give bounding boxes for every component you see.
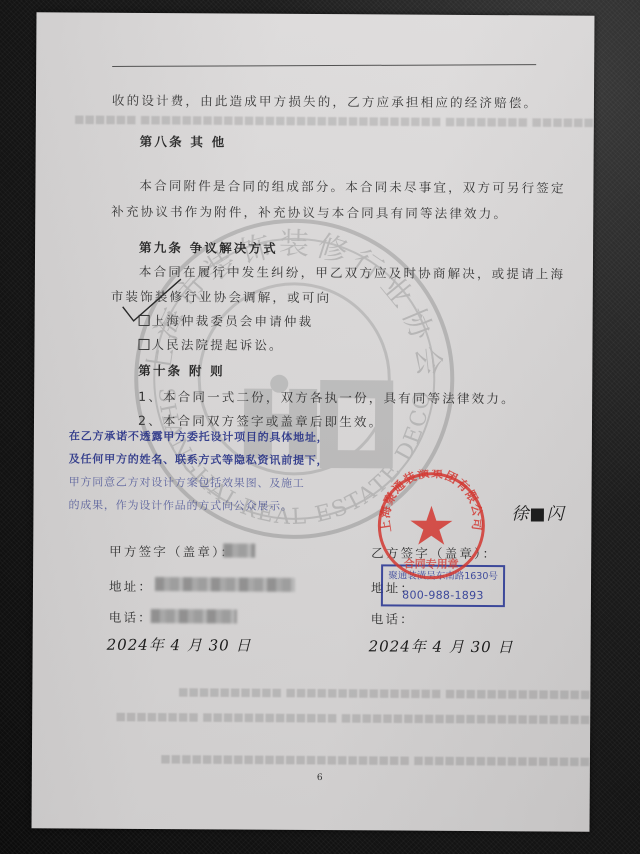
option-lawsuit-label: 人民法院提起诉讼。: [151, 337, 283, 353]
party-a-signature-redacted: [223, 543, 255, 557]
party-b-phone-stamp: 800-988-1893: [383, 588, 503, 602]
article10-heading: 第十条 附 则: [138, 361, 225, 380]
privacy-clause-line-1: 在乙方承诺不透露甲方委托设计项目的具体地址，: [69, 425, 329, 450]
page-number: 6: [317, 773, 323, 783]
party-a-signature-label: 甲方签字（盖章）：: [109, 542, 235, 561]
handwritten-checkmark-icon: [119, 275, 189, 325]
bleed-through-text: ■■■■■■■■■■■■■■■■■■■■■■■■ ■■■■■■■■■■■■■ ■…: [32, 709, 590, 722]
article10-item-1: 1、本合同一式二份，双方各执一份，具有同等法律效力。: [138, 387, 516, 407]
article9-body-line1: 本合同在履行中发生纠纷，甲乙双方应及时协商解决，或提请上海: [139, 262, 565, 283]
party-b-phone-label: 电话：: [371, 609, 415, 627]
article8-body-line2: 补充协议书作为附件，补充协议与本合同具有同等法律效力。: [111, 202, 508, 222]
party-b-contact-stamp: 聚通装潢吴东南路1630号 800-988-1893: [381, 564, 505, 607]
party-b-handwritten-signature: 徐■闪: [511, 499, 564, 524]
article9-heading: 第九条 争议解决方式: [139, 238, 278, 257]
party-b-signature-label: 乙方签字（盖章）：: [371, 543, 497, 562]
party-a-address-label: 地址：: [109, 577, 153, 595]
party-b-date: 2024年 4 月 30 日: [369, 635, 514, 657]
privacy-clause-line-3: 甲方同意乙方对设计方案包括效果图、及施工: [69, 471, 329, 496]
party-b-address-stamp: 聚通装潢吴东南路1630号: [383, 567, 503, 582]
party-a-phone-redacted: [151, 609, 237, 624]
bleed-through-text: ■■■■■■■■■■■■■■■■■ ■■■■■■■■■■■■■■■■■■■■■■…: [32, 751, 590, 764]
privacy-clause-line-2: 及任何甲方的姓名、联系方式等隐私资讯前提下，: [69, 448, 329, 473]
header-rule: [112, 64, 536, 67]
bleed-through-text: ■■■■■■■■■■■■■■ ■■■■■■■■■■■■■■■ ■■■■■■■■■…: [32, 684, 590, 697]
privacy-clause-stamp: 在乙方承诺不透露甲方委托设计项目的具体地址， 及任何甲方的姓名、联系方式等隐私资…: [68, 425, 328, 519]
party-a-phone-label: 电话：: [109, 608, 153, 626]
intro-line: 收的设计费，由此造成甲方损失的，乙方应承担相应的经济赔偿。: [112, 91, 538, 112]
svg-text:上海聚通装潢集团有限公司: 上海聚通装潢集团有限公司: [377, 469, 485, 534]
party-a-address-redacted: [155, 577, 295, 592]
seal-star-icon: [410, 506, 452, 545]
checkbox-lawsuit: [138, 339, 149, 350]
contract-page: 上海市装饰装修行业协会 SHANGHAI REAL ESTATE DECORAT…: [32, 12, 595, 831]
article8-body-line1: 本合同附件是合同的组成部分。本合同未尽事宜，双方可另行签定: [139, 176, 565, 197]
article8-heading: 第八条 其 他: [140, 132, 227, 151]
option-lawsuit: 人民法院提起诉讼。: [138, 335, 283, 354]
bleed-through-text: ■■■■■■ ■■■■■■■■ ■■■■■■■■■■■■■■■■■■■■■■■■…: [36, 112, 594, 125]
privacy-clause-line-4: 的成果，作为设计作品的方式向公众展示。: [68, 494, 328, 519]
party-a-date: 2024年 4 月 30 日: [107, 634, 252, 656]
